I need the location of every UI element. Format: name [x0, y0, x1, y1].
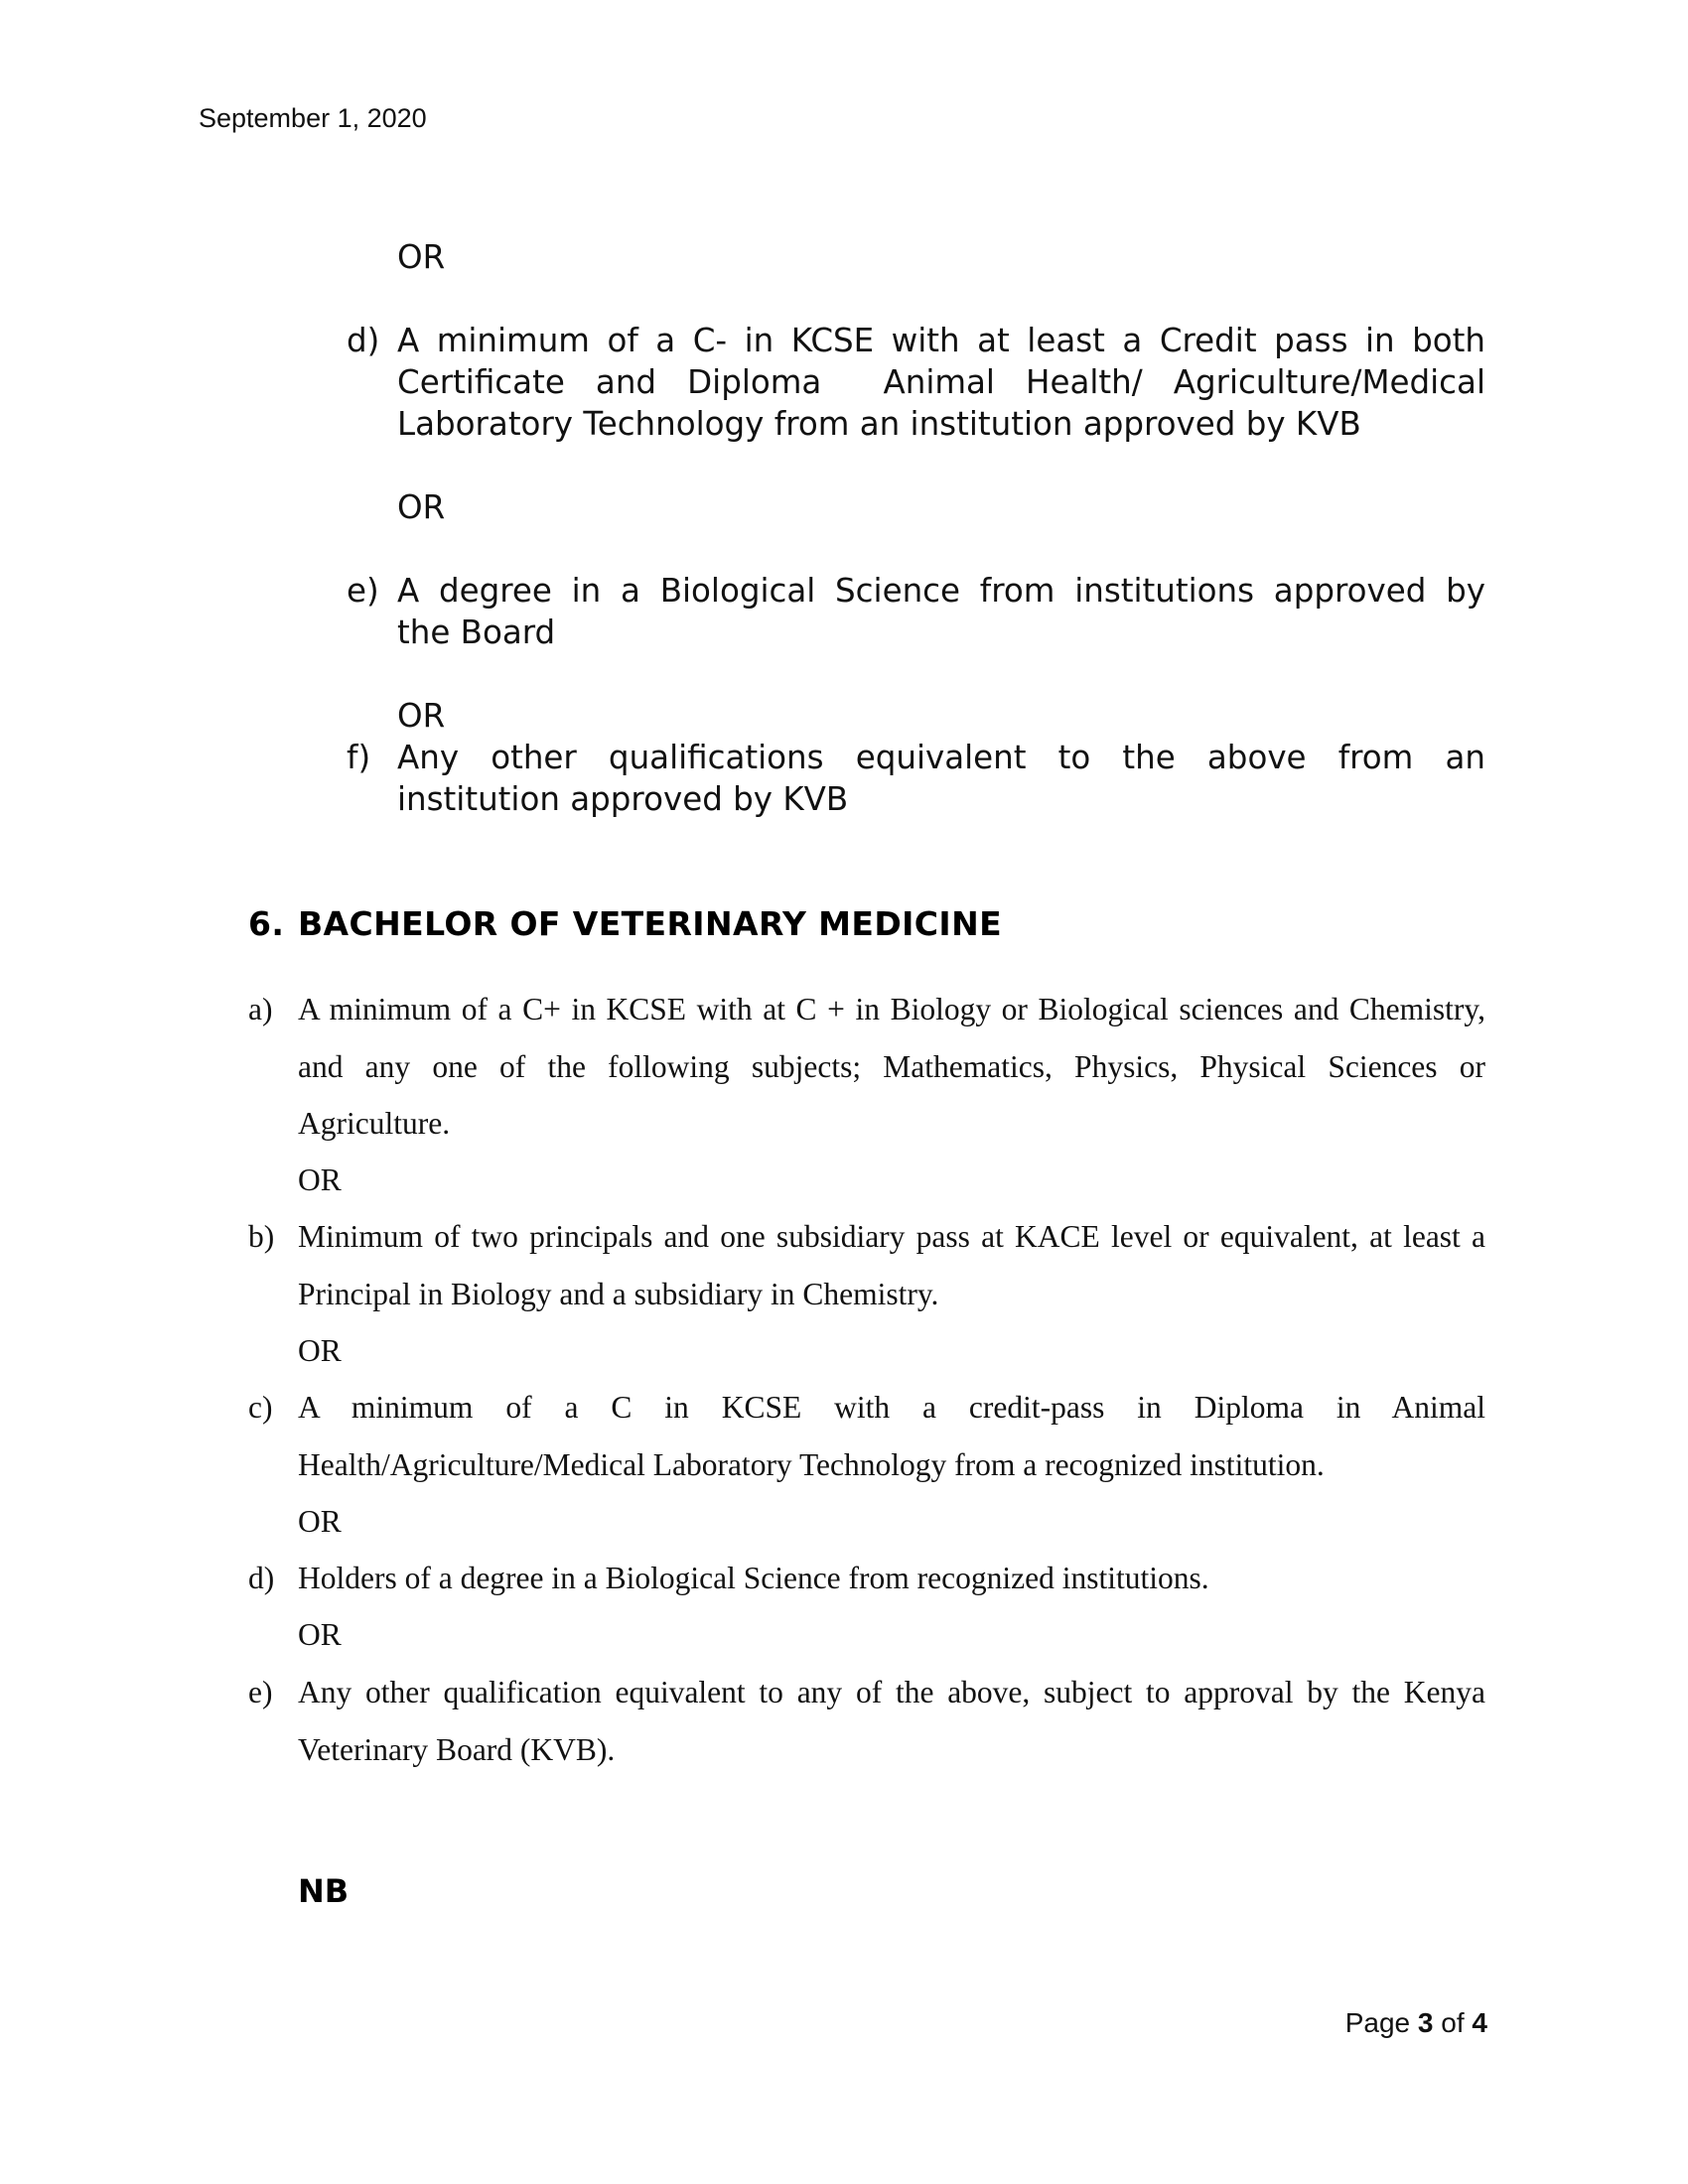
or-separator: OR [298, 1152, 342, 1209]
list-marker: d) [347, 320, 396, 361]
or-separator: OR [298, 1322, 342, 1380]
requirement-text: A minimum of a C+ in KCSE with at C + in… [298, 981, 1485, 1153]
list-item-line: A minimum of a C- in KCSE with at least … [397, 320, 1485, 361]
requirement-item-a: a) A minimum of a C+ in KCSE with at C +… [248, 981, 1485, 1153]
or-separator: OR [397, 486, 445, 528]
list-marker: b) [248, 1208, 274, 1266]
requirement-item-d: d) Holders of a degree in a Biological S… [248, 1550, 1485, 1607]
list-marker: a) [248, 981, 272, 1038]
list-marker: e) [248, 1664, 272, 1721]
list-item-line: the Board [397, 612, 1485, 653]
list-marker: d) [248, 1550, 274, 1607]
list-item-line: Laboratory Technology from an institutio… [397, 403, 1485, 445]
requirement-item-e: e) Any other qualification equivalent to… [248, 1664, 1485, 1778]
requirement-item-c: c) A minimum of a C in KCSE with a credi… [248, 1379, 1485, 1493]
requirement-text: Minimum of two principals and one subsid… [298, 1208, 1485, 1322]
list-item-line: institution approved by KVB [397, 778, 1485, 820]
total-pages: 4 [1472, 2007, 1487, 2038]
list-item-d: d) A minimum of a C- in KCSE with at lea… [347, 320, 1485, 445]
section-title: BACHELOR OF VETERINARY MEDICINE [298, 904, 1002, 943]
page-label: Page [1345, 2007, 1410, 2038]
requirement-text: Holders of a degree in a Biological Scie… [298, 1550, 1485, 1607]
requirement-item-b: b) Minimum of two principals and one sub… [248, 1208, 1485, 1322]
list-item-e: e) A degree in a Biological Science from… [347, 570, 1485, 653]
or-separator: OR [298, 1493, 342, 1551]
list-marker: c) [248, 1379, 272, 1436]
list-item-f: f) Any other qualifications equivalent t… [347, 737, 1485, 820]
document-page: September 1, 2020 OR d) A minimum of a C… [0, 0, 1688, 2184]
list-item-line: Any other qualifications equivalent to t… [397, 737, 1485, 778]
current-page: 3 [1418, 2007, 1434, 2038]
nb-label: NB [298, 1870, 349, 1912]
section-number: 6. [248, 903, 298, 945]
or-separator: OR [397, 695, 445, 737]
list-item-line: A degree in a Biological Science from in… [397, 570, 1485, 612]
list-item-line: Certificate and Diploma Animal Health/ A… [397, 361, 1485, 403]
of-label: of [1441, 2007, 1464, 2038]
or-separator: OR [397, 236, 445, 278]
or-separator: OR [298, 1606, 342, 1664]
page-number: Page 3 of 4 [1345, 2005, 1487, 2041]
requirement-text: Any other qualification equivalent to an… [298, 1664, 1485, 1778]
section-heading: 6.BACHELOR OF VETERINARY MEDICINE [248, 903, 1002, 945]
list-marker: e) [347, 570, 396, 612]
header-date: September 1, 2020 [199, 101, 427, 135]
list-marker: f) [347, 737, 396, 778]
requirement-text: A minimum of a C in KCSE with a credit-p… [298, 1379, 1485, 1493]
